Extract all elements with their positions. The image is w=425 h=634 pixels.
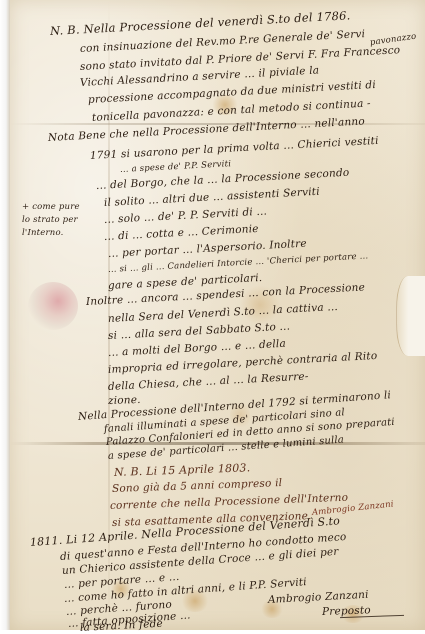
scan-left-margin bbox=[0, 0, 10, 630]
margin-note-line: lo strato per bbox=[22, 215, 78, 225]
torn-edge bbox=[396, 276, 425, 356]
wax-seal-stain bbox=[28, 282, 78, 330]
margin-note-line: + come pure bbox=[22, 202, 80, 212]
margin-note-line: l'Interno. bbox=[22, 228, 64, 238]
text-line: zione. bbox=[108, 394, 141, 407]
